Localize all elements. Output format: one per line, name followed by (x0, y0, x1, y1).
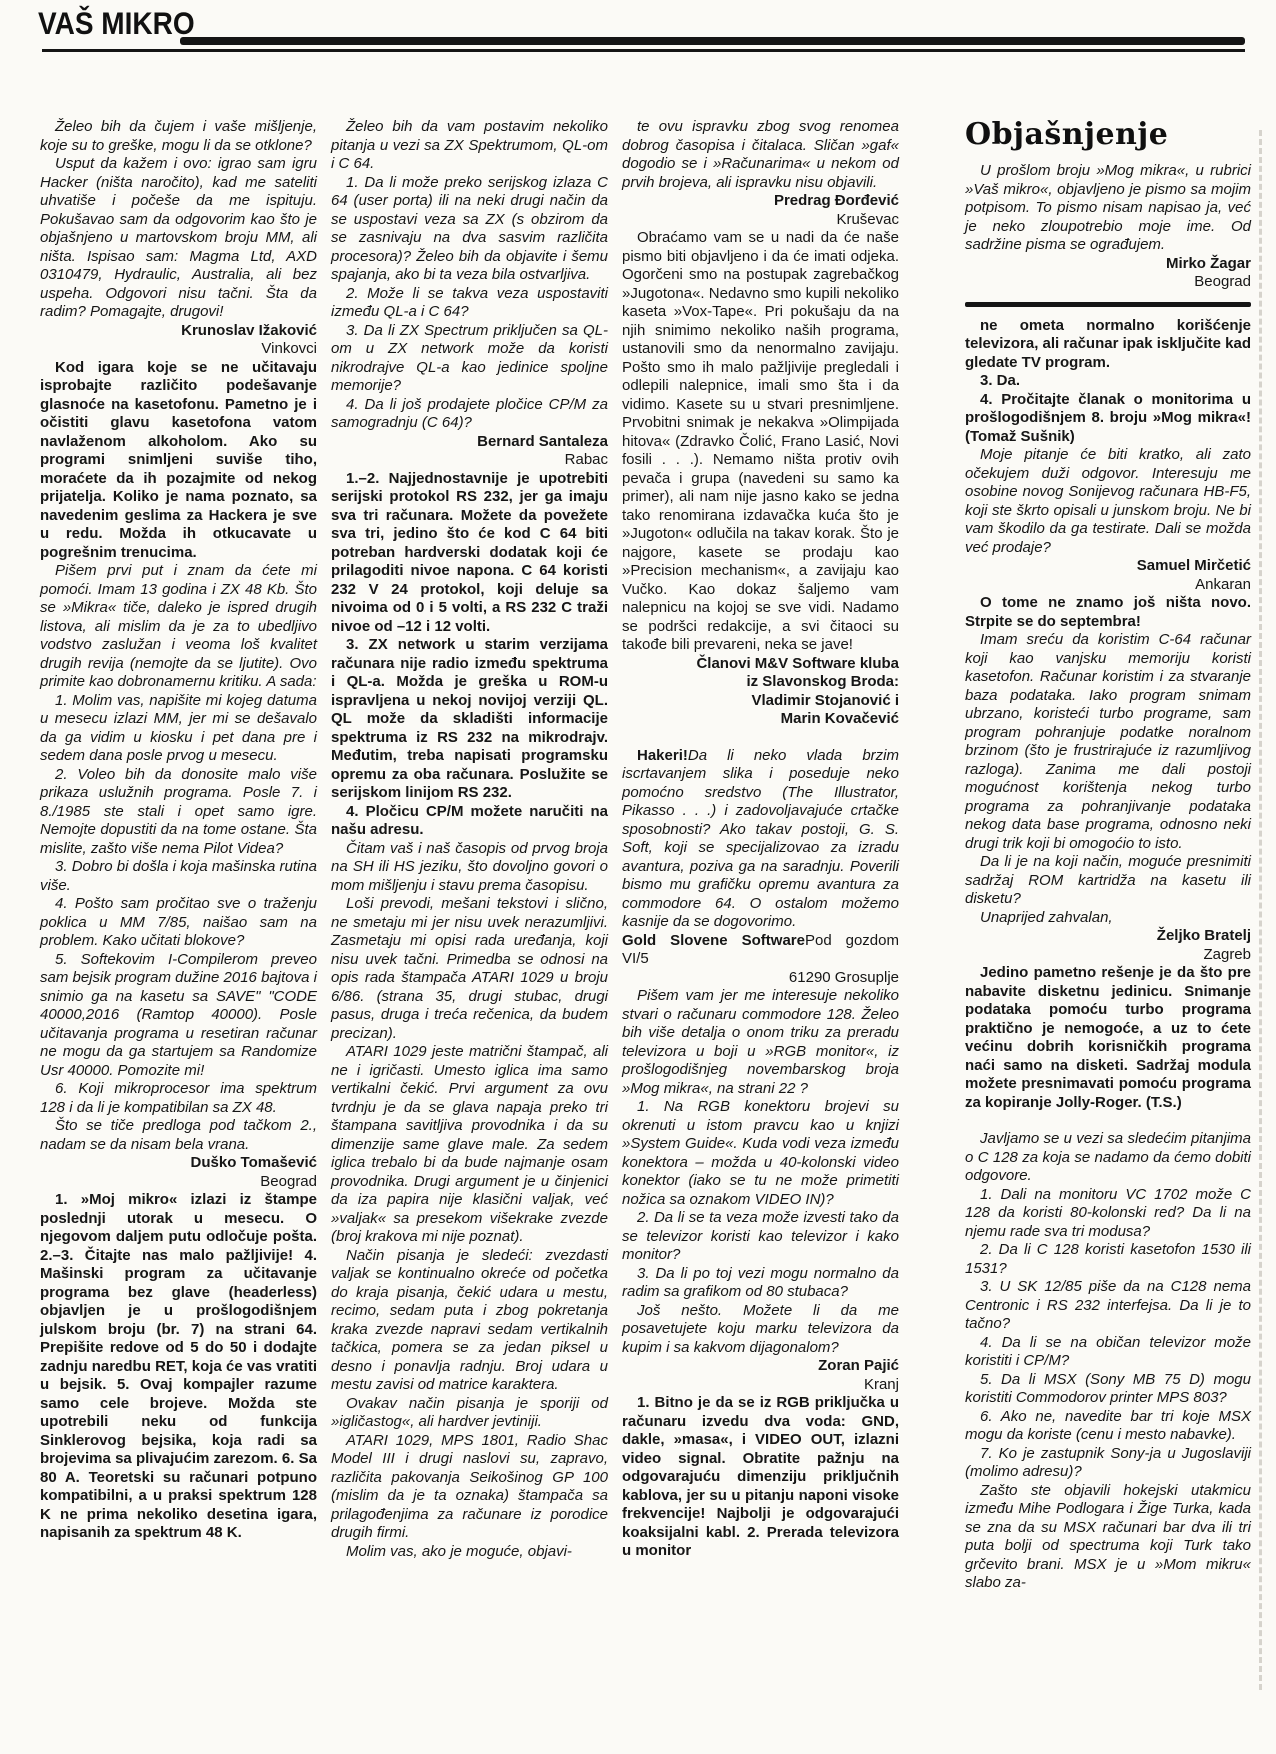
page-title: VAŠ MIKRO (38, 6, 195, 42)
text-columns: Želeo bih da čujem i vaše mišljenje, koj… (40, 118, 1251, 1593)
reader-letter-paragraph: 4. Da li još prodajete pločice CP/M za s… (331, 396, 608, 433)
letter-signature: Marin Kovačević (622, 710, 899, 729)
editor-answer: 3. Da. (965, 372, 1251, 391)
signature-city: Kranj (622, 1376, 899, 1395)
reader-letter-paragraph: Loši prevodi, mešani tekstovi i slično, … (331, 895, 608, 1043)
reader-letter-paragraph: Pišem prvi put i znam da ćete mi pomoći.… (40, 562, 317, 692)
reader-letter-paragraph: Čitam vaš i naš časopis od prvog broja n… (331, 840, 608, 896)
reader-letter-paragraph: 4. Da li se na običan televizor može kor… (965, 1334, 1251, 1371)
reader-letter-paragraph: Moje pitanje će biti kratko, ali zato oč… (965, 446, 1251, 557)
reader-letter-paragraph: 5. Da li MSX (Sony MB 75 D) mogu koristi… (965, 1371, 1251, 1408)
reader-letter-paragraph: 3. Dobro bi došla i koja mašinska rutina… (40, 858, 317, 895)
signature-city: Ankaran (965, 576, 1251, 595)
signature-city: Rabac (331, 451, 608, 470)
bold-lead: Hakeri! (637, 747, 688, 764)
reader-letter-paragraph: 5. Softekovim I-Compilerom preveo sam be… (40, 951, 317, 1081)
reader-letter-paragraph: Što se tiče predloga pod tačkom 2., nada… (40, 1117, 317, 1154)
column-4: ObjašnjenjeU prošlom broju »Mog mikra«, … (965, 118, 1251, 1593)
reader-letter-paragraph: Hakeri!Da li neko vlada brzim iscrtavanj… (622, 747, 899, 932)
signature-city: Beograd (965, 273, 1251, 292)
letter-signature: Željko Bratelj (965, 927, 1251, 946)
paragraph-text: Da li neko vlada brzim iscrtavanjem slik… (622, 747, 899, 931)
reader-letter-paragraph: te ovu ispravku zbog svog renomea dobrog… (622, 118, 899, 192)
editor-answer: 1. »Moj mikro« izlazi iz štampe poslednj… (40, 1191, 317, 1543)
editor-answer: 3. ZX network u starim verzijama računar… (331, 636, 608, 803)
editor-answer: Jedino pametno rešenje je da što pre nab… (965, 964, 1251, 1112)
reader-letter-paragraph: Javljamo se u vezi sa sledećim pitanjima… (965, 1130, 1251, 1186)
signature-city: 61290 Grosuplje (622, 969, 899, 988)
reader-letter-paragraph: U prošlom broju »Mog mikra«, u rubrici »… (965, 162, 1251, 255)
reader-letter-paragraph: Gold Slovene SoftwarePod gozdom VI/5 (622, 932, 899, 969)
editor-answer: 4. Pročitajte članak o monitorima u proš… (965, 391, 1251, 447)
editor-answer: Kod igara koje se ne učitavaju isprobajt… (40, 359, 317, 563)
reader-letter-paragraph: Molim vas, ako je moguće, objavi- (331, 1543, 608, 1562)
reader-letter-paragraph: Zašto ste objavili hokejski utakmicu izm… (965, 1482, 1251, 1593)
masthead-rule-top (180, 37, 1245, 45)
signature-city: Vinkovci (40, 340, 317, 359)
column-2: Želeo bih da vam postavim nekoliko pitan… (331, 118, 608, 1561)
letter-signature: Duško Tomašević (40, 1154, 317, 1173)
reader-letter-paragraph: 1. Molim vas, napišite mi kojeg datuma u… (40, 692, 317, 766)
letter-signature: Predrag Đorđević (622, 192, 899, 211)
letter-signature: Mirko Žagar (965, 255, 1251, 274)
column-1: Želeo bih da čujem i vaše mišljenje, koj… (40, 118, 317, 1543)
page-edge-marks (1259, 130, 1262, 1690)
editor-answer: ne ometa normalno korišćenje televizora,… (965, 317, 1251, 373)
letter-signature: Krunoslav Ižaković (40, 322, 317, 341)
editor-answer: 1.–2. Najjednostavnije je upotrebiti ser… (331, 470, 608, 637)
reader-letter-paragraph: Želeo bih da čujem i vaše mišljenje, koj… (40, 118, 317, 155)
reader-letter-paragraph: 1. Da li može preko serijskog izlaza C 6… (331, 174, 608, 285)
reader-letter-paragraph: 7. Ko je zastupnik Sony-ja u Jugoslaviji… (965, 1445, 1251, 1482)
reader-letter-paragraph: Obraćamo vam se u nadi da će naše pismo … (622, 229, 899, 655)
letter-signature: Članovi M&V Software kluba (622, 655, 899, 674)
reader-letter-paragraph: Da li je na koji način, moguće presnimit… (965, 853, 1251, 909)
reader-letter-paragraph: 1. Dali na monitoru VC 1702 može C 128 d… (965, 1186, 1251, 1242)
reader-letter-paragraph: 2. Da li se ta veza može izvesti tako da… (622, 1209, 899, 1265)
letter-signature: Vladimir Stojanović i (622, 692, 899, 711)
magazine-page: VAŠ MIKRO Želeo bih da čujem i vaše mišl… (0, 0, 1276, 1754)
reader-letter-paragraph: 6. Ako ne, navedite bar tri koje MSX mog… (965, 1408, 1251, 1445)
reader-letter-paragraph: 3. Da li po toj vezi mogu normalno da ra… (622, 1265, 899, 1302)
reader-letter-paragraph: Način pisanja je sledeći: zvezdasti valj… (331, 1247, 608, 1395)
section-divider (965, 302, 1251, 307)
reader-letter-paragraph: 3. U SK 12/85 piše da na C128 nema Centr… (965, 1278, 1251, 1334)
signature-city: Beograd (40, 1173, 317, 1192)
reader-letter-paragraph: 4. Pošto sam pročitao sve o traženju pok… (40, 895, 317, 951)
reader-letter-paragraph: ATARI 1029, MPS 1801, Radio Shac Model I… (331, 1432, 608, 1543)
editor-answer: 1. Bitno je da se iz RGB priključka u ra… (622, 1394, 899, 1561)
letter-signature: iz Slavonskog Broda: (622, 673, 899, 692)
column-3: te ovu ispravku zbog svog renomea dobrog… (622, 118, 899, 1561)
signature-city: Kruševac (622, 211, 899, 230)
editor-answer: 4. Pločicu CP/M možete naručiti na našu … (331, 803, 608, 840)
reader-letter-paragraph: 6. Koji mikroprocesor ima spektrum 128 i… (40, 1080, 317, 1117)
reader-letter-paragraph: ATARI 1029 jeste matrični štampač, ali n… (331, 1043, 608, 1247)
reader-letter-paragraph: Usput da kažem i ovo: igrao sam igru Hac… (40, 155, 317, 322)
section-heading: Objašnjenje (965, 118, 1251, 152)
reader-letter-paragraph: 2. Da li C 128 koristi kasetofon 1530 il… (965, 1241, 1251, 1278)
signature-city: Zagreb (965, 946, 1251, 965)
letter-signature: Zoran Pajić (622, 1357, 899, 1376)
reader-letter-paragraph: Imam sreću da koristim C-64 računar koji… (965, 631, 1251, 853)
reader-letter-paragraph: 1. Na RGB konektoru brojevi su okrenuti … (622, 1098, 899, 1209)
masthead-rule-bottom (42, 49, 1245, 52)
reader-letter-paragraph: Želeo bih da vam postavim nekoliko pitan… (331, 118, 608, 174)
reader-letter-paragraph: Pišem vam jer me interesuje nekoliko stv… (622, 987, 899, 1098)
reader-letter-paragraph: Ovakav način pisanja je sporiji od »igli… (331, 1395, 608, 1432)
reader-letter-paragraph: 2. Voleo bih da donosite malo više prika… (40, 766, 317, 859)
reader-letter-paragraph: 2. Može li se takva veza uspostaviti izm… (331, 285, 608, 322)
reader-letter-paragraph: 3. Da li ZX Spectrum priključen sa QL-om… (331, 322, 608, 396)
letter-signature: Samuel Mirčetić (965, 557, 1251, 576)
bold-lead: Gold Slovene Software (622, 932, 805, 949)
reader-letter-paragraph: Još nešto. Možete li da me posavetujete … (622, 1302, 899, 1358)
reader-letter-paragraph: Unaprijed zahvalan, (965, 909, 1251, 928)
letter-signature: Bernard Santaleza (331, 433, 608, 452)
editor-answer: O tome ne znamo još ništa novo. Strpite … (965, 594, 1251, 631)
